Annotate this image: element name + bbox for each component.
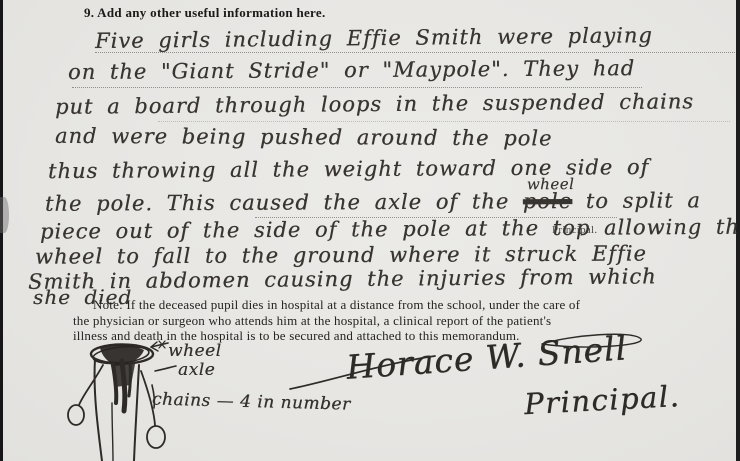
line6-text-before: the pole. This caused the axle of the [45,189,523,216]
handwritten-line-4: and were being pushed around the pole [55,124,553,151]
handwritten-line-2: on the "Giant Stride" or "Maypole". They… [68,56,635,84]
note-line-2: the physician or surgeon who attends him… [73,313,718,329]
handwritten-line-7: piece out of the side of the pole at the… [40,215,740,244]
handwritten-line-1: Five girls including Effie Smith were pl… [95,23,653,53]
note-line-1: Note: If the deceased pupil dies in hosp… [73,297,718,313]
sketch-label-wheel: wheel [168,341,222,361]
line6-text-after: to split a [572,188,701,213]
form-question-9: 9. Add any other useful information here… [84,5,326,21]
scan-artifact-blob [0,197,9,233]
scanned-document-page: 9. Add any other useful information here… [0,0,740,461]
line6-correction: wheelpole [523,189,572,213]
ruled-dotted-line [72,87,642,88]
sketch-label-axle: axle [178,360,215,380]
ruled-dotted-line [95,52,735,53]
handwritten-line-6: the pole. This caused the axle of the wh… [45,188,701,215]
ruled-dotted-line [158,121,730,122]
line6-inserted-word: wheel [527,175,575,193]
handwritten-line-3: put a board through loops in the suspend… [55,89,694,119]
